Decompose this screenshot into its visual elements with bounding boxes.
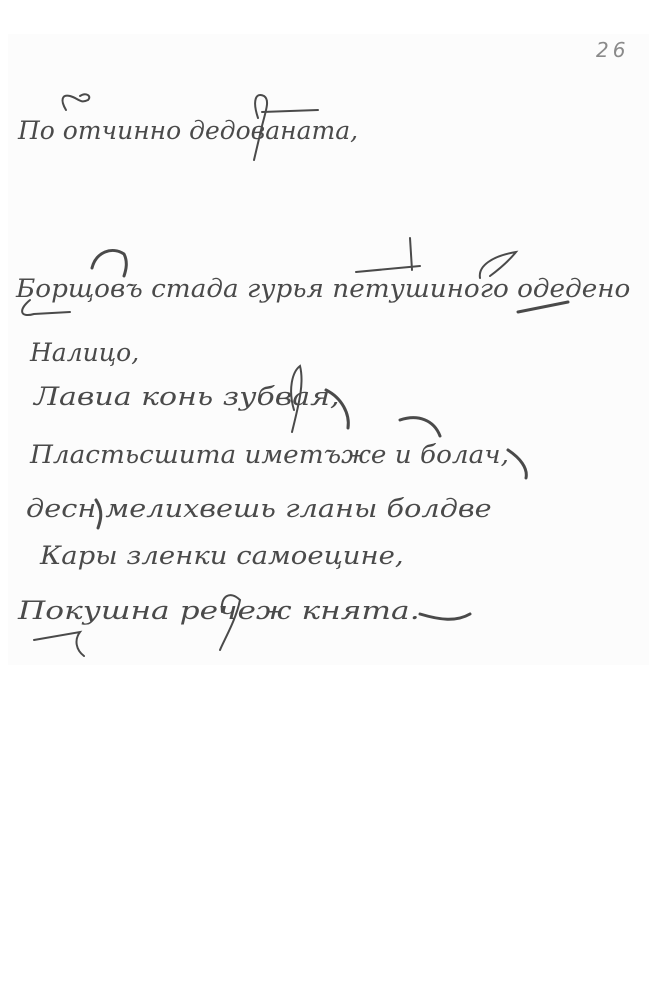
manuscript-title: По отчинно дедованата, (18, 118, 358, 143)
manuscript-line-2: Налицо, (30, 340, 139, 365)
manuscript-line-4: Пластьсшита иметъже и болач, (30, 442, 509, 467)
manuscript-line-1: Борщовъ стада гурья петушиного одедено (16, 276, 630, 301)
manuscript-line-6: Кары зленки самоецине, (40, 543, 404, 568)
manuscript-line-7: Покушна речеж княта. (18, 598, 420, 623)
page-number: 26 (596, 38, 629, 62)
manuscript-line-3: Лавиа конь зубвая, (34, 384, 340, 409)
manuscript-line-5: десн мелихвешь гланы болдве (26, 496, 492, 521)
